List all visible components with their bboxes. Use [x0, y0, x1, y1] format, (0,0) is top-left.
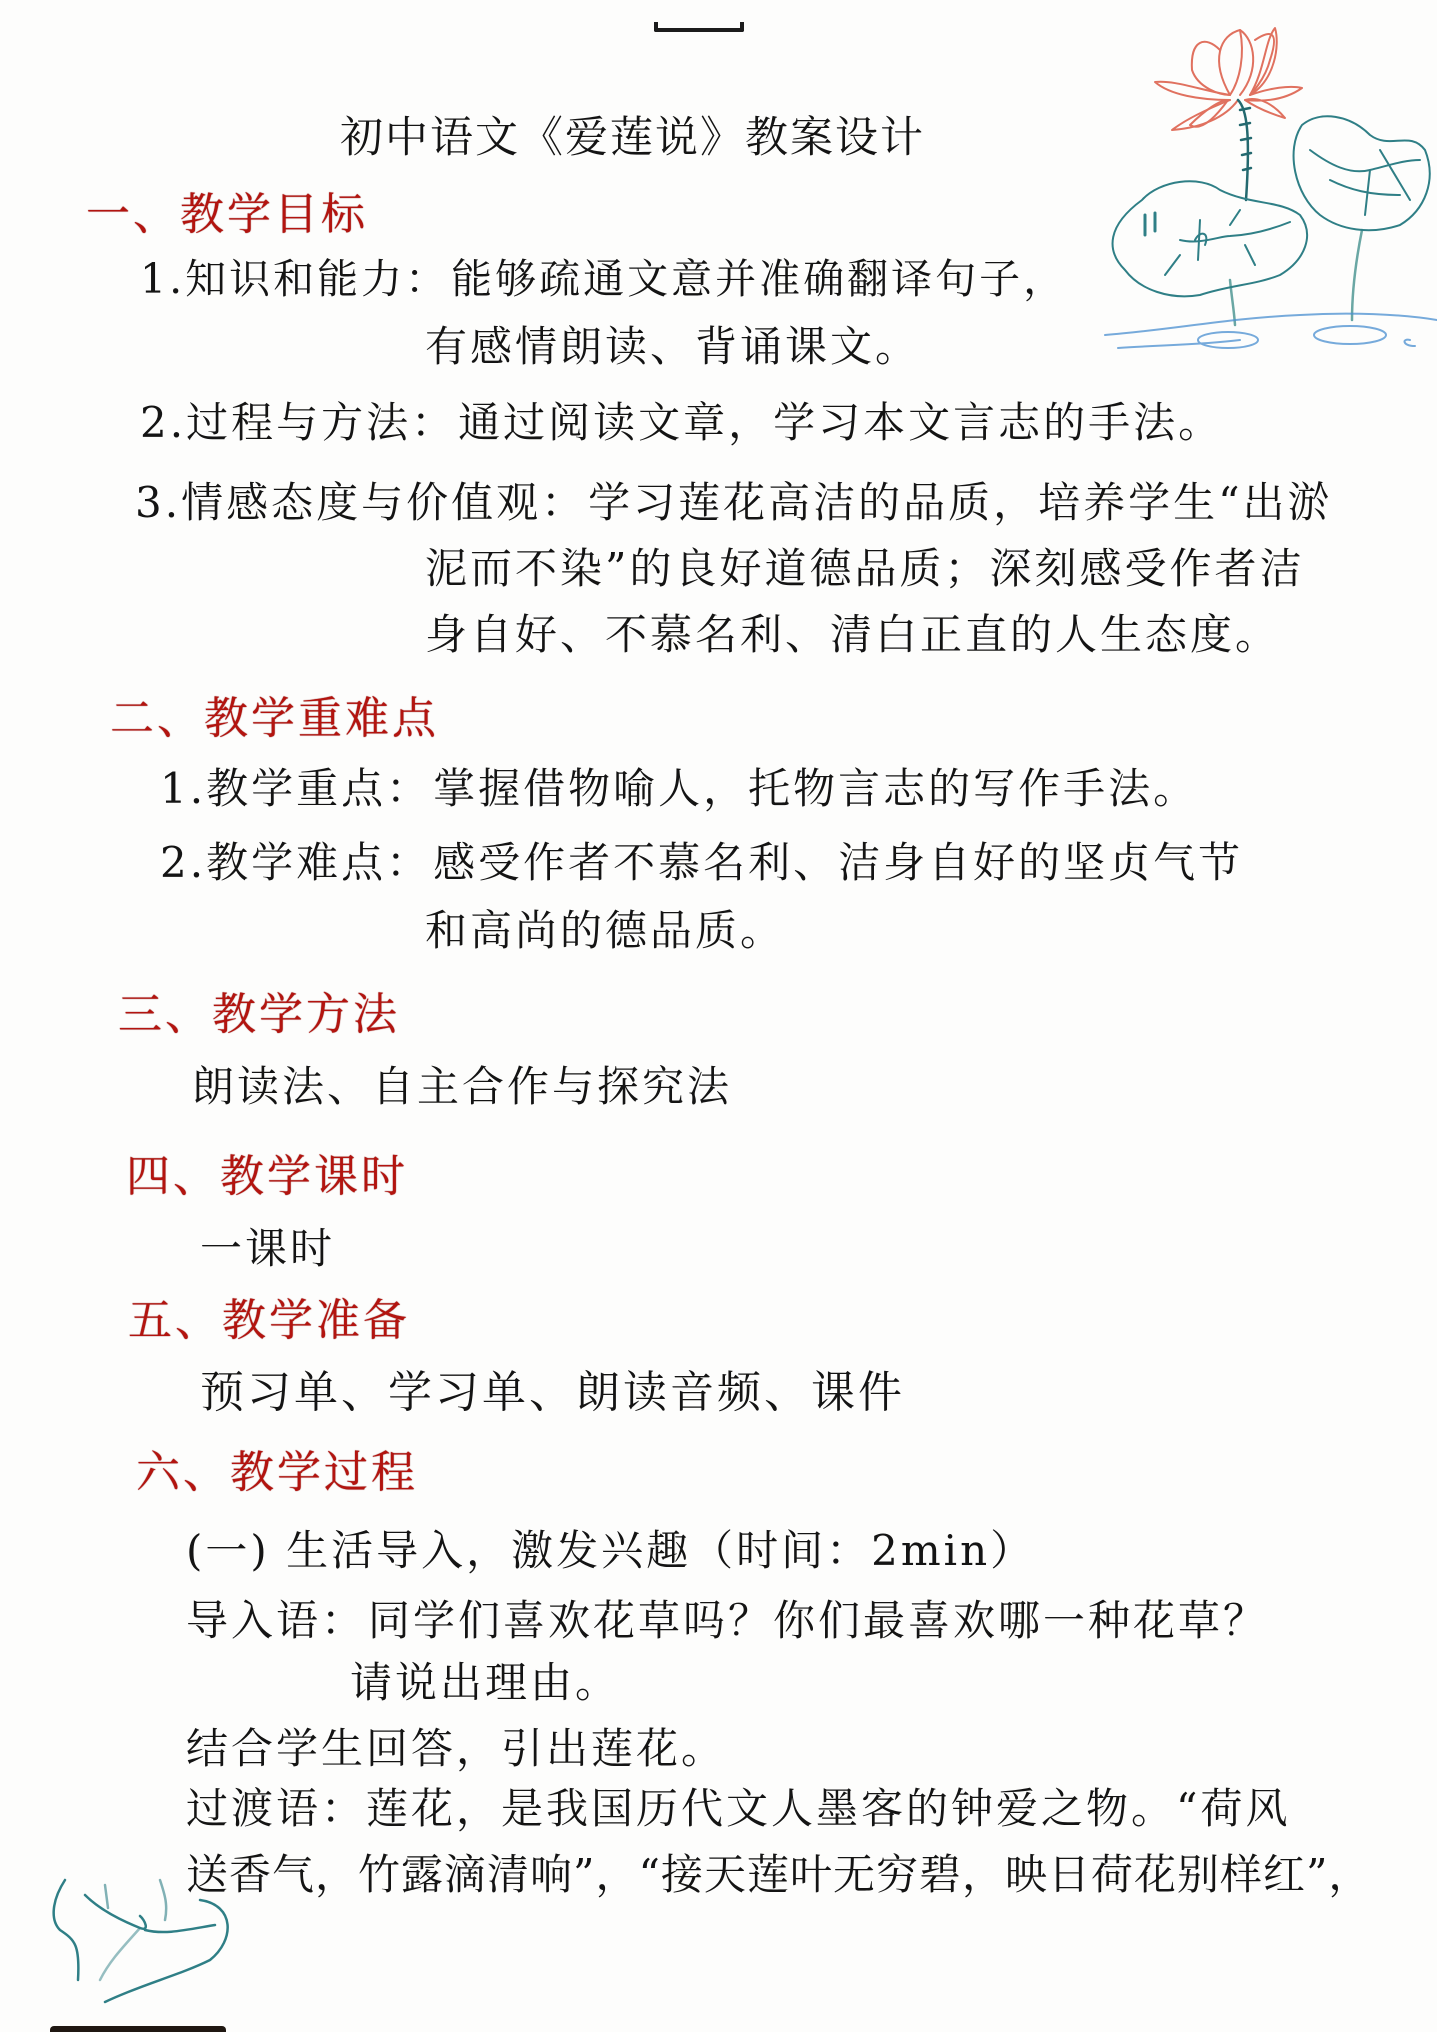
- section-heading-class-hours: 四、教学课时: [126, 1140, 408, 1204]
- page-title: 初中语文《爱莲说》教案设计: [340, 104, 980, 165]
- objective-process-text: 通过阅读文章，学习本文言志的手法。: [458, 398, 1223, 447]
- difficult-point-line-1: 2.教学难点：感受作者不慕名利、洁身自好的坚贞气节: [160, 830, 1243, 890]
- objective-values-line-2: 泥而不染”的良好道德品质；深刻感受作者洁: [425, 536, 1304, 596]
- class-hours-text: 一课时: [200, 1216, 335, 1276]
- transition-speech-line-1: 过渡语：莲花，是我国历代文人墨客的钟爱之物。“荷风: [186, 1776, 1290, 1836]
- section-heading-teaching-methods: 三、教学方法: [118, 978, 400, 1042]
- page-number-marker: [654, 22, 744, 32]
- key-point-label: 1.教学重点：: [160, 764, 431, 813]
- objective-knowledge-label: 1.知识和能力：: [140, 255, 449, 303]
- intro-speech-line-2: 请说出理由。: [350, 1650, 620, 1710]
- objective-values-label: 3.情感态度与价值观：: [135, 478, 586, 527]
- teaching-methods-text: 朗读法、自主合作与探究法: [192, 1054, 732, 1114]
- intro-speech-line-1: 导入语：同学们喜欢花草吗？你们最喜欢哪一种花草？: [186, 1588, 1268, 1648]
- objective-knowledge-line-2: 有感情朗读、背诵课文。: [425, 314, 920, 374]
- key-point-text: 掌握借物喻人，托物言志的写作手法。: [433, 764, 1198, 813]
- objective-values-text: 学习莲花高洁的品质，培养学生“出淤: [588, 478, 1332, 527]
- lotus-illustration-icon: [1080, 0, 1437, 360]
- objective-values-line-1: 3.情感态度与价值观：学习莲花高洁的品质，培养学生“出淤: [135, 470, 1333, 530]
- objective-knowledge-text: 能够疏通文意并准确翻译句子，: [451, 255, 1067, 303]
- difficult-point-line-2: 和高尚的德品质。: [425, 898, 785, 958]
- student-answer-line: 结合学生回答，引出莲花。: [186, 1716, 726, 1776]
- section-heading-teaching-process: 六、教学过程: [136, 1436, 418, 1500]
- intro-speech-text: 同学们喜欢花草吗？你们最喜欢哪一种花草？: [368, 1596, 1268, 1645]
- difficult-point-label: 2.教学难点：: [160, 838, 431, 887]
- handwritten-lesson-plan-page: 初中语文《爱莲说》教案设计: [0, 0, 1437, 2032]
- page-edge-shadow: [50, 2026, 226, 2032]
- objective-process-line: 2.过程与方法：通过阅读文章，学习本文言志的手法。: [140, 390, 1223, 450]
- objective-values-line-3: 身自好、不慕名利、清白正直的人生态度。: [425, 602, 1280, 662]
- intro-speech-label: 导入语：: [186, 1596, 366, 1645]
- process-subsection-title: (一) 生活导入，激发兴趣（时间：2min）: [186, 1518, 1035, 1578]
- transition-speech-line-2: 送香气，竹露滴清响”，“接天莲叶无穷碧，映日荷花别样红”，: [186, 1842, 1371, 1902]
- objective-knowledge-line-1: 1.知识和能力：能够疏通文意并准确翻译句子，: [140, 246, 1067, 305]
- objective-process-label: 2.过程与方法：: [140, 398, 456, 447]
- section-heading-key-difficult-points: 二、教学重难点: [110, 682, 439, 746]
- teaching-preparation-text: 预习单、学习单、朗读音频、课件: [200, 1356, 905, 1420]
- key-point-line: 1.教学重点：掌握借物喻人，托物言志的写作手法。: [160, 756, 1198, 816]
- section-heading-teaching-objectives: 一、教学目标: [86, 178, 368, 242]
- difficult-point-text: 感受作者不慕名利、洁身自好的坚贞气节: [433, 838, 1243, 887]
- section-heading-teaching-preparation: 五、教学准备: [128, 1284, 410, 1348]
